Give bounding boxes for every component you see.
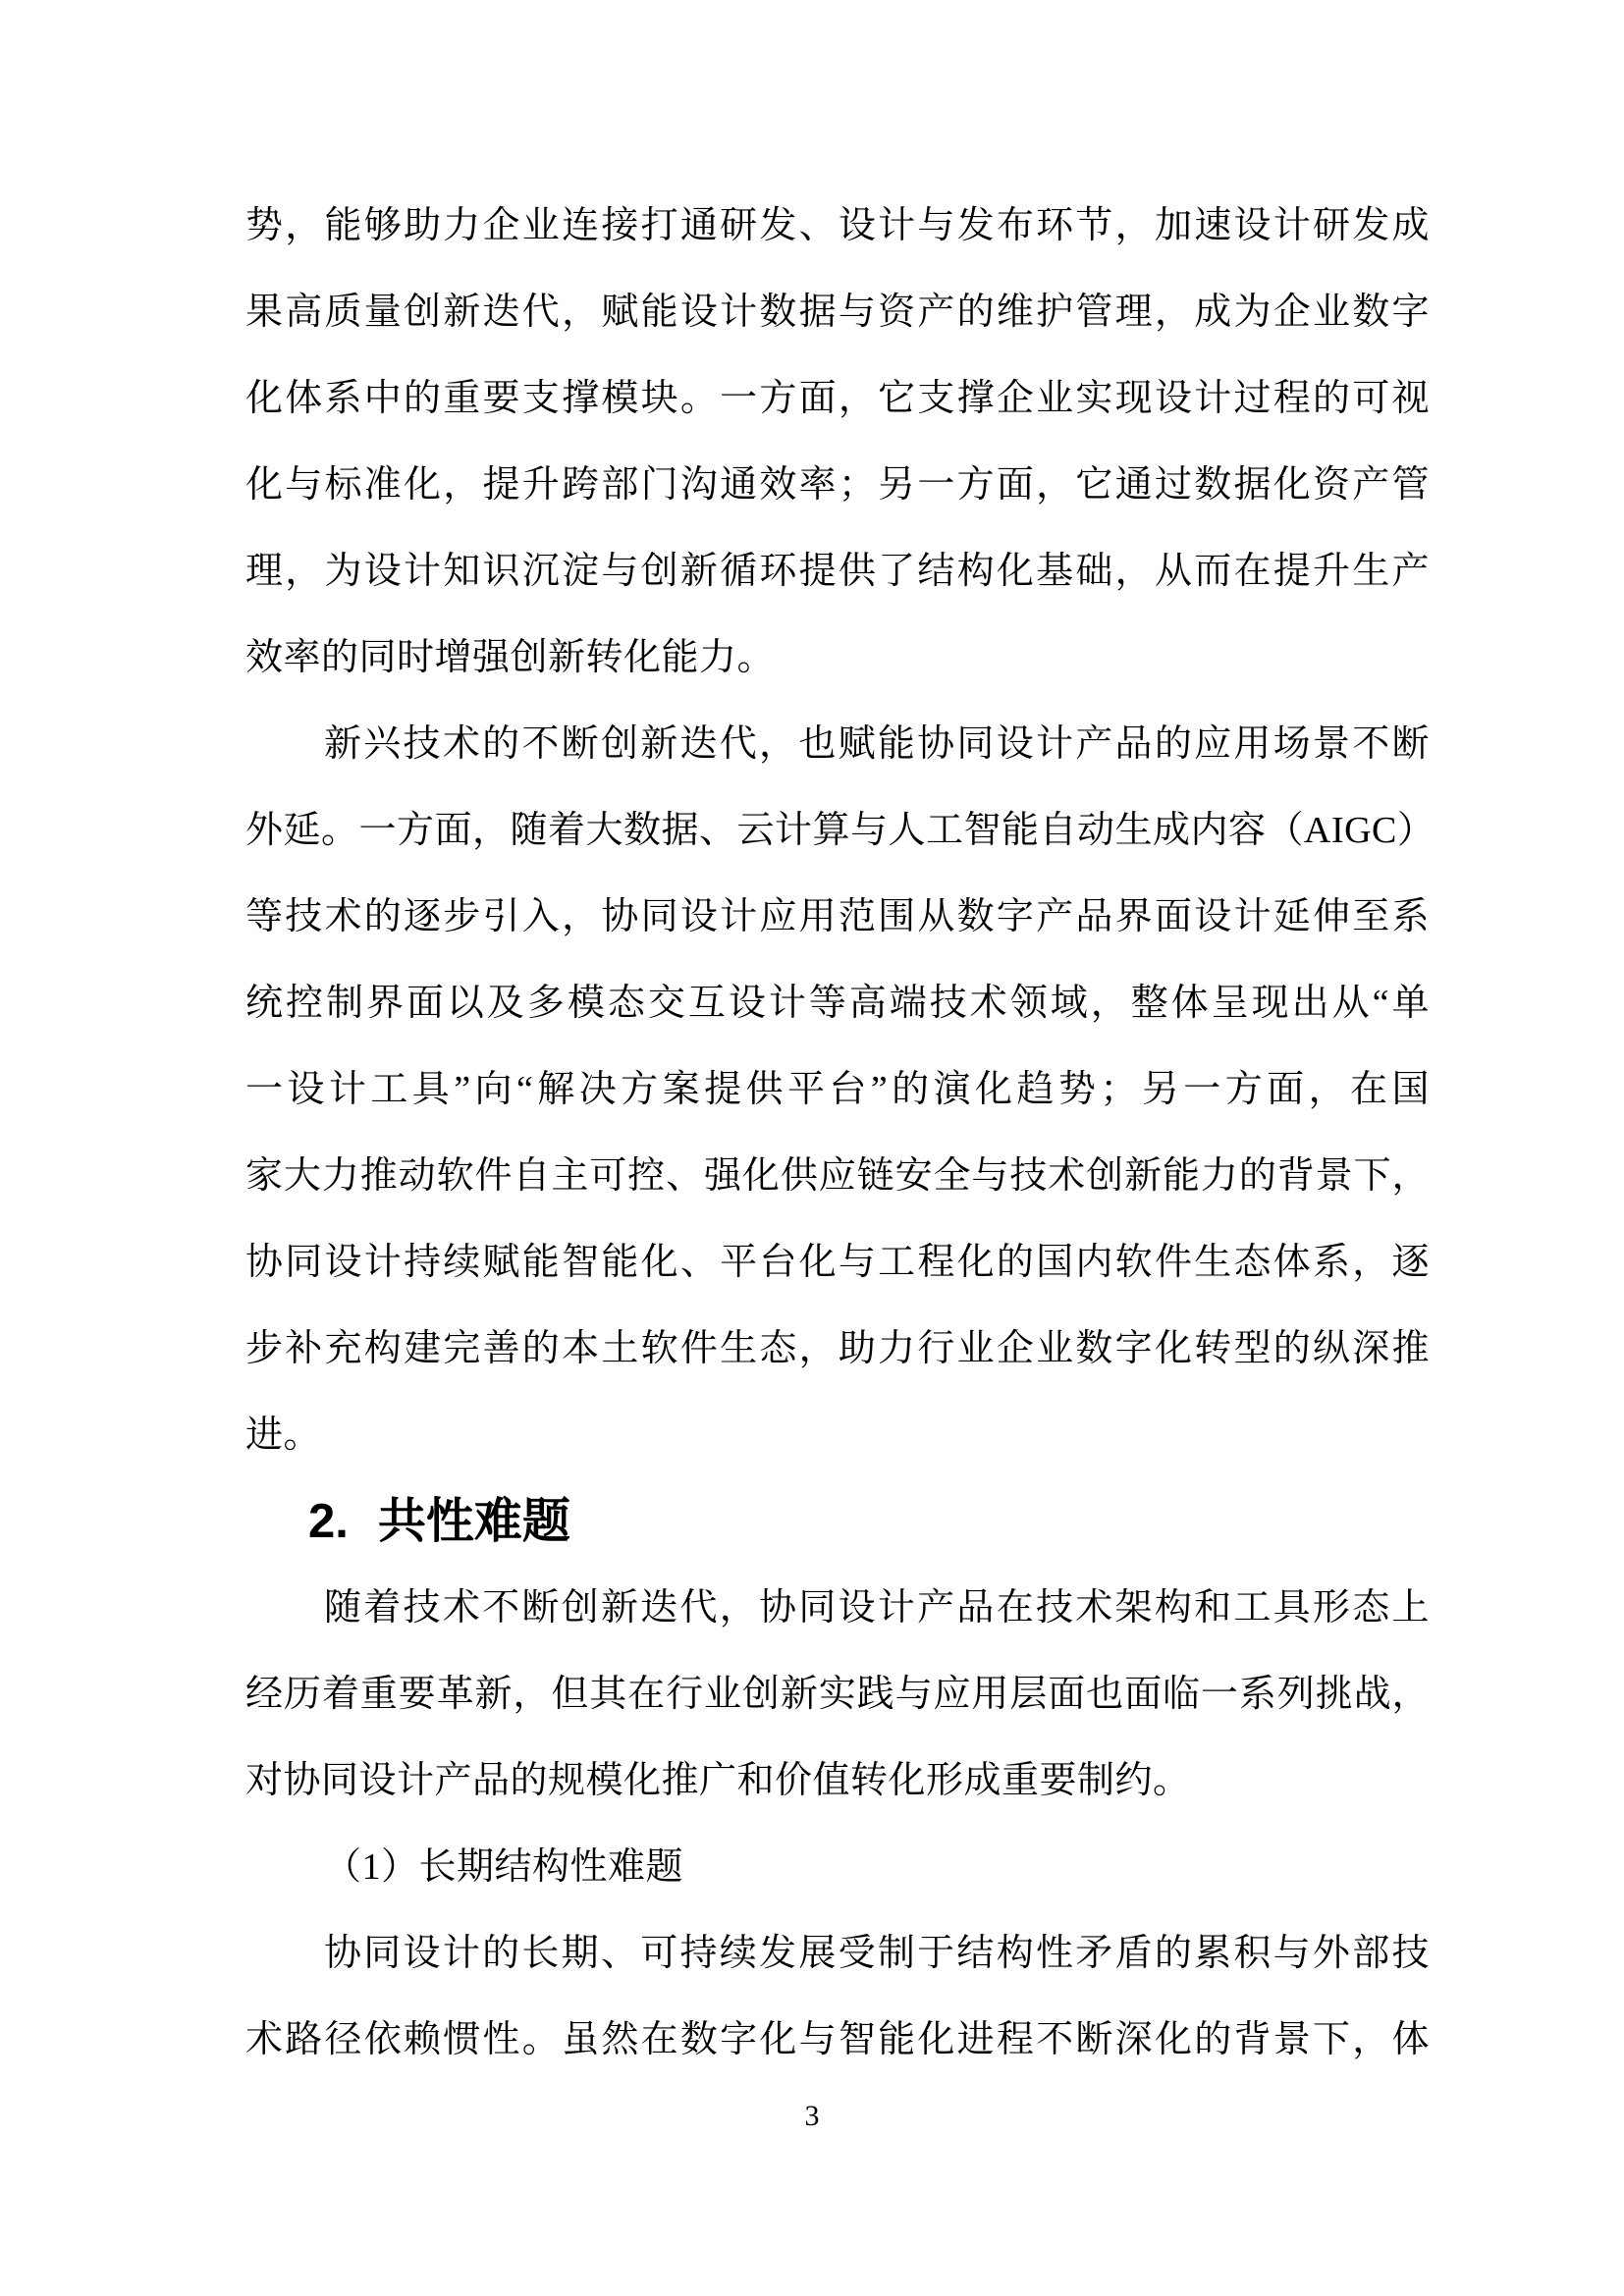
body-text-line: 随着技术不断创新迭代，协同设计产品在技术架构和工具形态上: [245, 1565, 1430, 1651]
body-text-line: 理，为设计知识沉淀与创新循环提供了结构化基础，从而在提升生产: [245, 528, 1430, 614]
body-text-line: 化与标准化，提升跨部门沟通效率；另一方面，它通过数据化资产管: [245, 442, 1430, 528]
body-text-line: 外延。一方面，随着大数据、云计算与人工智能自动生成内容（AIGC）: [245, 787, 1430, 874]
body-text-line: 新兴技术的不断创新迭代，也赋能协同设计产品的应用场景不断: [245, 701, 1430, 787]
section-heading: 2.共性难题: [245, 1478, 1430, 1565]
body-text-line: 协同设计的长期、可持续发展受制于结构性矛盾的累积与外部技: [245, 1910, 1430, 1997]
body-text-line: 一设计工具”向“解决方案提供平台”的演化趋势；另一方面，在国: [245, 1046, 1430, 1133]
body-text-line: 经历着重要革新，但其在行业创新实践与应用层面也面临一系列挑战，: [245, 1651, 1430, 1737]
body-text-line: 势，能够助力企业连接打通研发、设计与发布环节，加速设计研发成: [245, 183, 1430, 269]
body-text-line: 步补充构建完善的本土软件生态，助力行业企业数字化转型的纵深推: [245, 1306, 1430, 1392]
body-text-line: 家大力推动软件自主可控、强化供应链安全与技术创新能力的背景下，: [245, 1133, 1430, 1219]
body-text-line: 果高质量创新迭代，赋能设计数据与资产的维护管理，成为企业数字: [245, 269, 1430, 355]
page-number: 3: [0, 2097, 1624, 2136]
text-block: 势，能够助力企业连接打通研发、设计与发布环节，加速设计研发成 果高质量创新迭代，…: [245, 183, 1430, 2083]
body-text-line: 效率的同时增强创新转化能力。: [245, 614, 1430, 701]
body-text-line: 进。: [245, 1392, 1430, 1478]
body-text-line: 对协同设计产品的规模化推广和价值转化形成重要制约。: [245, 1737, 1430, 1824]
section-heading-number: 2.: [308, 1478, 349, 1565]
document-page: 势，能够助力企业连接打通研发、设计与发布环节，加速设计研发成 果高质量创新迭代，…: [0, 0, 1624, 2296]
body-text-line: 协同设计持续赋能智能化、平台化与工程化的国内软件生态体系，逐: [245, 1219, 1430, 1306]
section-heading-title: 共性难题: [378, 1494, 570, 1548]
body-text-line: 术路径依赖惯性。虽然在数字化与智能化进程不断深化的背景下，体: [245, 1997, 1430, 2083]
body-text-line: 化体系中的重要支撑模块。一方面，它支撑企业实现设计过程的可视: [245, 355, 1430, 442]
body-text-line: 统控制界面以及多模态交互设计等高端技术领域，整体呈现出从“单: [245, 960, 1430, 1046]
subsection-heading: （1）长期结构性难题: [245, 1824, 1430, 1910]
body-text-line: 等技术的逐步引入，协同设计应用范围从数字产品界面设计延伸至系: [245, 874, 1430, 960]
